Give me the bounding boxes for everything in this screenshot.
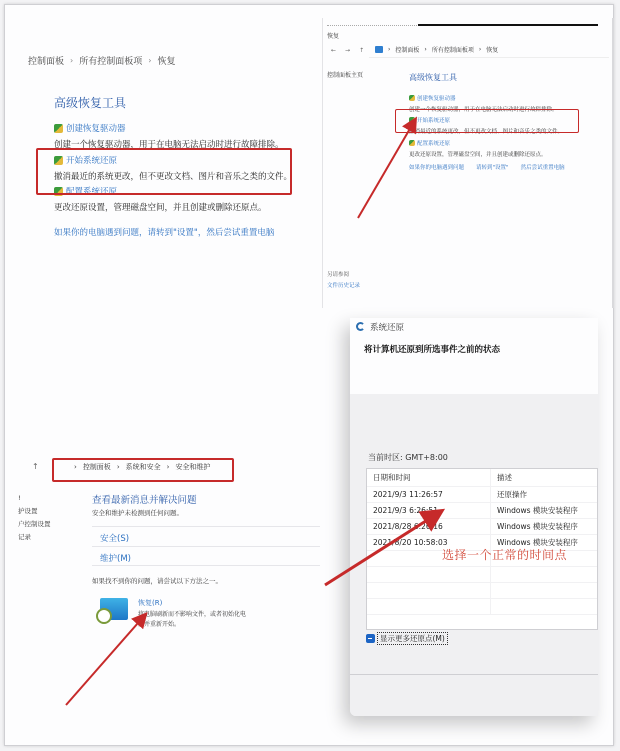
column-header-date[interactable]: 日期和时间 <box>367 469 491 486</box>
breadcrumb-item[interactable]: 控制面板 <box>395 45 419 54</box>
divider <box>350 674 598 675</box>
recovery-item-create-drive: 创建恢复驱动器 创建一个恢复驱动器，用于在电脑无法启动时进行故障排除。 <box>54 122 284 150</box>
chevron-right-icon: › <box>148 56 151 65</box>
breadcrumb-item[interactable]: 控制面板 <box>28 54 64 67</box>
item-description: 更改还原设置，管理磁盘空间，并且创建或删除还原点。 <box>409 150 547 158</box>
chevron-right-icon: › <box>424 46 426 53</box>
address-bar[interactable]: › 控制面板 › 所有控制面板项 › 恢复 <box>369 42 609 58</box>
breadcrumb-item[interactable]: 恢复 <box>157 54 175 67</box>
recovery-description: 将电脑刷新而不影响文件，或者初始化电脑并重新开始。 <box>138 610 248 630</box>
recovery-panel: 控制面板 › 所有控制面板项 › 恢复 高级恢复工具 创建恢复驱动器 创建一个恢… <box>10 42 310 272</box>
up-icon[interactable]: ↑ <box>32 462 39 471</box>
small-recovery-window: 恢复 ← → ↑ › 控制面板 › 所有控制面板项 › 恢复 控制面板主页 高级… <box>322 18 614 308</box>
footer-links: 如果你的电脑遇到问题 请转到"设置" 然后尝试重置电脑 <box>409 163 565 171</box>
chevron-right-icon: › <box>388 46 390 53</box>
row-description: 还原操作 <box>491 489 527 500</box>
recovery-item: 配置系统还原 更改还原设置，管理磁盘空间，并且创建或删除还原点。 <box>409 139 547 158</box>
security-section[interactable]: 安全(S) <box>92 526 320 546</box>
see-also: 另请参阅 文件历史记录 <box>327 270 360 292</box>
breadcrumb: 控制面板 › 所有控制面板项 › 恢复 <box>28 54 175 67</box>
shield-icon <box>409 95 415 101</box>
back-icon[interactable]: ← <box>331 47 336 54</box>
highlight-box <box>36 148 292 195</box>
control-panel-home-link[interactable]: 控制面板主页 <box>327 70 363 79</box>
see-also-label: 另请参阅 <box>327 270 360 281</box>
nav-buttons: ← → ↑ <box>331 47 364 54</box>
breadcrumb-item[interactable]: 所有控制面板项 <box>79 54 142 67</box>
column-header-description[interactable]: 描述 <box>491 472 512 483</box>
table-row[interactable]: 2021/9/3 6:26:51 Windows 模块安装程序 <box>367 503 597 519</box>
window-title: 恢复 <box>327 31 339 40</box>
create-recovery-drive-link[interactable]: 创建恢复驱动器 <box>66 122 126 134</box>
reset-pc-link[interactable]: 如果你的电脑遇到问题，请转到"设置"，然后尝试重置电脑 <box>54 226 274 238</box>
sidebar-item[interactable]: 记录 <box>18 531 51 544</box>
empty-row <box>367 583 597 599</box>
row-description: Windows 模块安装程序 <box>491 505 578 516</box>
folder-icon <box>375 46 383 53</box>
row-date: 2021/9/3 11:26:57 <box>367 487 491 502</box>
page-title: 查看最新消息并解决问题 <box>92 492 197 506</box>
divider <box>327 25 417 26</box>
annotation-text: 选择一个正常的时间点 <box>442 546 567 563</box>
window-border <box>612 18 614 308</box>
hint-text: 如果找不到你的问题，请尝试以下方法之一。 <box>92 576 222 585</box>
chevron-right-icon: › <box>479 46 481 53</box>
footer-link[interactable]: 如果你的电脑遇到问题 <box>409 163 464 171</box>
dialog-header: 系统还原 将计算机还原到所选事件之前的状态 <box>350 318 598 394</box>
up-icon[interactable]: ↑ <box>359 47 364 54</box>
table-row[interactable]: 2021/9/3 11:26:57 还原操作 <box>367 487 597 503</box>
empty-row <box>367 599 597 615</box>
dialog-body: 当前时区: GMT+8:00 日期和时间 描述 2021/9/3 11:26:5… <box>350 394 598 716</box>
recovery-link[interactable]: 恢复(R) <box>138 598 162 608</box>
recovery-icon[interactable] <box>100 598 128 620</box>
checkbox-checked-icon[interactable] <box>366 634 375 643</box>
create-recovery-drive-link[interactable]: 创建恢复驱动器 <box>417 94 456 102</box>
security-maintenance-panel: ↑ › 控制面板 › 系统和安全 › 安全和维护 ! 护设置 户控制设置 记录 … <box>10 448 328 698</box>
dialog-heading: 将计算机还原到所选事件之前的状态 <box>364 343 500 355</box>
page-title: 高级恢复工具 <box>409 72 457 83</box>
shield-icon <box>409 140 415 146</box>
sidebar: ! 护设置 户控制设置 记录 <box>18 492 51 544</box>
sidebar-item: ! <box>18 492 51 505</box>
system-restore-dialog: 系统还原 将计算机还原到所选事件之前的状态 当前时区: GMT+8:00 日期和… <box>350 318 598 716</box>
redaction-bar <box>418 24 598 26</box>
row-description: Windows 模块安装程序 <box>491 521 578 532</box>
breadcrumb-item[interactable]: 所有控制面板项 <box>432 45 474 54</box>
row-date: 2021/9/3 6:26:51 <box>367 503 491 518</box>
sidebar-item[interactable]: 护设置 <box>18 505 51 518</box>
shield-icon <box>54 124 63 133</box>
maintenance-section[interactable]: 维护(M) <box>92 546 320 566</box>
sidebar-item[interactable]: 户控制设置 <box>18 518 51 531</box>
table-header: 日期和时间 描述 <box>367 469 597 487</box>
dialog-title: 系统还原 <box>370 321 404 333</box>
page-title: 高级恢复工具 <box>54 94 126 111</box>
checkbox-label[interactable]: 显示更多还原点(M) <box>377 632 448 645</box>
footer-link[interactable]: 然后尝试重置电脑 <box>521 163 565 171</box>
system-restore-icon <box>356 322 365 331</box>
highlight-box <box>395 109 579 133</box>
show-more-restore-points-checkbox[interactable]: 显示更多还原点(M) <box>366 632 448 645</box>
configure-system-restore-link[interactable]: 配置系统还原 <box>417 139 450 147</box>
table-row[interactable]: 2021/8/28 6:26:16 Windows 模块安装程序 <box>367 519 597 535</box>
footer-link[interactable]: 请转到"设置" <box>476 163 509 171</box>
timezone-label: 当前时区: GMT+8:00 <box>368 452 448 463</box>
empty-row <box>367 567 597 583</box>
page-subtitle: 安全和维护未检测到任何问题。 <box>92 508 183 517</box>
breadcrumb-item[interactable]: 恢复 <box>486 45 498 54</box>
row-date: 2021/8/28 6:26:16 <box>367 519 491 534</box>
forward-icon[interactable]: → <box>345 47 350 54</box>
chevron-right-icon: › <box>70 56 73 65</box>
file-history-link[interactable]: 文件历史记录 <box>327 281 360 292</box>
highlight-box <box>52 458 234 482</box>
item-description: 更改还原设置，管理磁盘空间，并且创建或删除还原点。 <box>54 201 267 213</box>
